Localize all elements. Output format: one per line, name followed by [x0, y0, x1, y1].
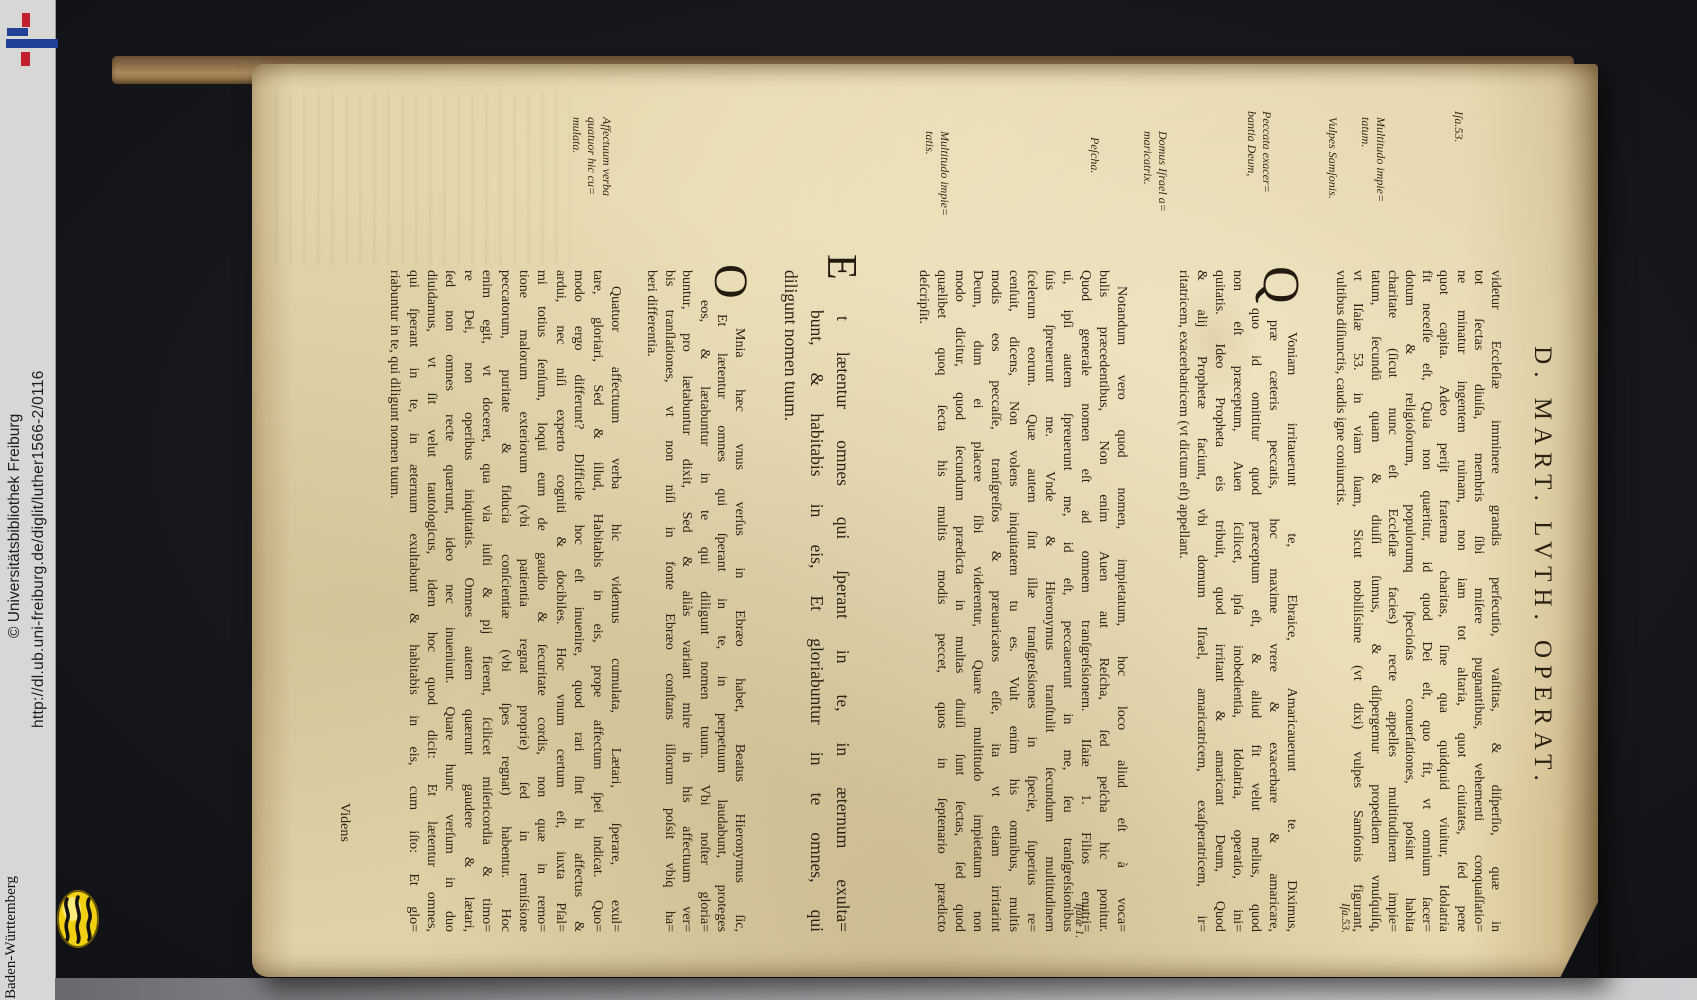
library-sidebar: http://dl.ub.uni-freiburg.de/diglit/luth… — [0, 0, 55, 1000]
copyright-label: © Universitätsbibliothek Freiburg — [6, 414, 24, 638]
funding-region-label: Baden-Württemberg — [3, 876, 20, 999]
scan-source-url: http://dl.ub.uni-freiburg.de/diglit/luth… — [30, 370, 48, 728]
screenshot-root: { "sidebar": { "url": "http://dl.ub.uni-… — [0, 0, 1697, 1000]
funding-label: gefördert durch — [103, 897, 114, 962]
logo-blue-bar-short — [7, 28, 28, 36]
ub-freiburg-logo-icon — [0, 8, 55, 70]
logo-red-square-top — [22, 13, 30, 27]
logo-red-square-bottom — [21, 52, 30, 66]
logo-blue-bar-long — [6, 39, 58, 48]
scanner-bed-strip — [55, 978, 1697, 1000]
scanned-page — [252, 64, 1598, 977]
page-corner-shadow — [1560, 902, 1598, 978]
baden-wuerttemberg-coat-of-arms-icon — [55, 887, 101, 951]
